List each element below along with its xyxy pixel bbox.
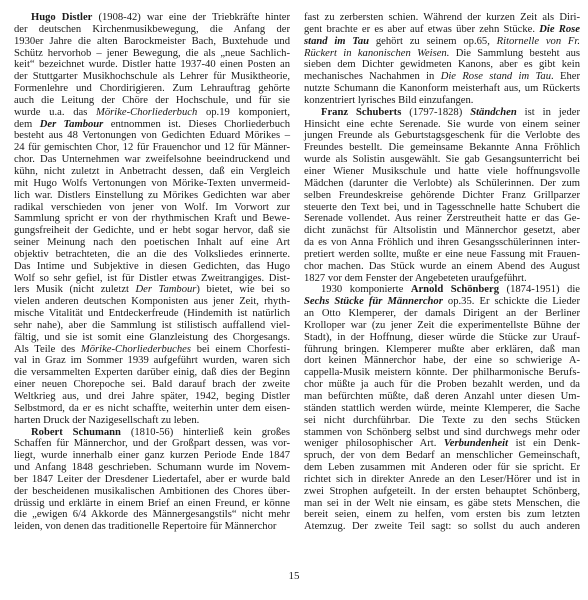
- body-text: bereit seien, einem zu helfen, vom erste…: [304, 509, 580, 520]
- text-line: Mädchen (darunter die Verlobte) als Schü…: [304, 178, 580, 190]
- text-line: Das Intime und Subjektive in diesen Gedi…: [14, 261, 290, 273]
- body-text: (1810-56) hinterließ kein großes: [121, 427, 290, 438]
- body-text: chor müßte ja auch für die Proben bezahl…: [304, 379, 580, 390]
- body-text: Freundes bestellt. Die gemeinsame Bekann…: [304, 142, 580, 153]
- body-text: führung bringen. Klemperer mußte aber er…: [304, 344, 580, 355]
- text-line: Stadt), in der Hoffnung, dieser würde di…: [304, 332, 580, 344]
- body-text: steuerte den Text bei, und in Tagesschne…: [304, 202, 580, 213]
- text-line: Sechs Stücke für Männerchor op.35. Er sc…: [304, 296, 580, 308]
- paragraph-schumann-cont: fast zu zerbersten schien. Während der k…: [304, 12, 580, 107]
- emphasized-text: Der Tambour: [136, 284, 197, 295]
- text-line: fast zu zerbersten schien. Während der k…: [304, 12, 580, 24]
- emphasized-text: Rückert in kanonischen Weisen.: [304, 48, 449, 59]
- body-text: der Stuttgarter Musikhochschule als Lehr…: [14, 71, 290, 82]
- body-text: gent brachte er es aber auf etwas über z…: [304, 24, 539, 35]
- body-text: stammen von Schönberg selbst und sind du…: [304, 427, 580, 438]
- body-text: dem Leben zusammen mit Anderen oder für …: [304, 462, 580, 473]
- body-text: besteht aus 48 Vertonungen von Gedichten…: [14, 130, 290, 141]
- body-text: bei einem Chorfesti-: [191, 344, 290, 355]
- body-text: Schaffen für Männerchor, und der Großpar…: [14, 438, 290, 449]
- body-text: selben Freundeskreise gehörende Dichter …: [304, 190, 580, 201]
- text-line: mechanisches Nachahmen in Die Rose stand…: [304, 71, 580, 83]
- body-text: gungsfreiheit der Gedichte, und er hebt …: [14, 225, 290, 236]
- emphasized-text: Ständchen: [470, 107, 517, 118]
- text-line: richtet sich in direkter Anrede an den L…: [304, 474, 580, 486]
- body-text: pretiert werden sollte, mußte er eine ne…: [304, 249, 580, 260]
- text-line: Serenade vollendet. Aus reiner Zerstreut…: [304, 213, 580, 225]
- body-text: wurde als Solistin ausgewählt. Sie gab G…: [304, 154, 580, 165]
- page-number: 15: [0, 570, 588, 582]
- body-text: Als Teile des: [14, 344, 81, 355]
- text-line: val in Graz im Sommer 1939 aufgeführt wu…: [14, 355, 290, 367]
- text-line: weniger philosophischer Art. Verbundenhe…: [304, 438, 580, 450]
- text-line: führung bringen. Klemperer mußte aber er…: [304, 344, 580, 356]
- text-line: Krolloper war (zu jener Zeit die experim…: [304, 320, 580, 332]
- body-text: lers Musik (nicht zuletzt: [14, 284, 136, 295]
- text-line: stand im Tau gehört zu seinem op.65, Rit…: [304, 36, 580, 48]
- text-line: 1930er Jahre die alten Barockmeister Bac…: [14, 36, 290, 48]
- text-line: der Stuttgarter Musikhochschule als Lehr…: [14, 71, 290, 83]
- text-line: objektiv betrachteten, die an die des Vo…: [14, 249, 290, 261]
- text-line: kühn, nicht zuletzt in Anbetracht dessen…: [14, 166, 290, 178]
- text-line: gent brachte er es aber auf etwas über z…: [304, 24, 580, 36]
- text-line: der bescheidenen musikalischen Ambitione…: [14, 486, 290, 498]
- body-text: op.35. Er schickte die Lieder: [443, 296, 580, 307]
- text-line: seiner Meinung nach den poetischen Inhal…: [14, 237, 290, 249]
- emphasized-text: Ritornelle von Fr.: [497, 36, 580, 47]
- text-line: dort keinen Männerchor habe, der eine so…: [304, 355, 580, 367]
- body-text: leiden, von denen das traditionelle Repe…: [14, 521, 276, 532]
- body-text: die „ewigen 6/4 Akkorde des Männergesang…: [14, 509, 290, 520]
- text-line: mische Vitalität und Entdeckerfreude (Hi…: [14, 308, 290, 320]
- text-line: Hugo Distler (1908-42) war eine der Trie…: [14, 12, 290, 24]
- text-line: gungsfreiheit der Gedichte, und er hebt …: [14, 225, 290, 237]
- text-line: der deutschen Kirchenmusikbewegung, die …: [14, 24, 290, 36]
- text-line: chor machen. Das Stück wurde an einem Ab…: [304, 261, 580, 273]
- emphasized-text: stand im Tau: [304, 36, 369, 47]
- emphasized-text: Franz Schuberts: [321, 107, 401, 118]
- text-line: auch die Leitung der Chöre der Hochschul…: [14, 95, 290, 107]
- text-line: zwei Strophen aufgeteilt. In der ersten …: [304, 486, 580, 498]
- body-text: 24 für gemischten Chor, 12 für Frauencho…: [14, 142, 290, 153]
- text-line: lich war. Distlers Einstellung zu Mörike…: [14, 190, 290, 202]
- body-text: mische Vitalität und Entdeckerfreude (Hi…: [14, 308, 290, 319]
- body-text: val in Graz im Sommer 1939 aufgeführt wu…: [14, 355, 290, 366]
- text-line: pretiert werden sollte, mußte er eine ne…: [304, 249, 580, 261]
- text-line: ständen stattlich werden würde, meinte K…: [304, 403, 580, 415]
- paragraph-schoenberg: 1930 komponierte Arnold Schönberg (1874-…: [304, 284, 580, 533]
- text-line: Robert Schumann (1810-56) hinterließ kei…: [14, 427, 290, 439]
- text-line: spruch, der von dem Bedarf an menschlich…: [304, 450, 580, 462]
- body-text: 1930 komponierte: [321, 284, 411, 295]
- body-text: chor machen. Das Stück wurde an einem Ab…: [304, 261, 580, 272]
- body-text: die versammelten Experten darüber einig,…: [14, 367, 290, 378]
- text-line: besteht aus 48 Vertonungen von Gedichten…: [14, 130, 290, 142]
- text-line: an Otto Klemperer, der damals Dirigent a…: [304, 308, 580, 320]
- body-text: (1797-1828): [401, 107, 470, 118]
- paragraph-distler: Hugo Distler (1908-42) war eine der Trie…: [14, 12, 290, 427]
- body-text: gehört zu seinem op.65,: [369, 36, 497, 47]
- text-line: lers Musik (nicht zuletzt Der Tambour) b…: [14, 284, 290, 296]
- text-line: Selbstmord, da er es nicht schaffte, wei…: [14, 403, 290, 415]
- body-text: einer Wiener Musikschule und hatte viele…: [304, 166, 580, 177]
- body-text: konzentriert lyrisches Bild einzufangen.: [304, 95, 473, 106]
- body-text: nutzte Schumann die Kanonform meisterhaf…: [304, 83, 580, 94]
- body-text: vielen anderen deutschen Komponisten aus…: [14, 296, 290, 307]
- body-text: Das Intime und Subjektive in diesen Gedi…: [14, 261, 290, 272]
- body-text: der deutschen Kirchenmusikbewegung, die …: [14, 24, 290, 35]
- emphasized-text: Hugo Distler: [31, 12, 92, 23]
- body-text: Schütz hervorhob – jener Bewegung, die a…: [14, 48, 290, 59]
- text-line: Schaffen für Männerchor, und der Großpar…: [14, 438, 290, 450]
- text-line: man befürchten müßte, daß deren Anzahl u…: [304, 391, 580, 403]
- text-line: dem Leben zusammen mit Anderen oder für …: [304, 462, 580, 474]
- text-line: bereit seien, einem zu helfen, vom erste…: [304, 509, 580, 521]
- text-line: sehr nahe), aber die Sammlung ist stilis…: [14, 320, 290, 332]
- body-text: Mädchen (darunter die Verlobte) als Schü…: [304, 178, 580, 189]
- text-line: die versammelten Experten darüber einig,…: [14, 367, 290, 379]
- text-line: Formenlehre und Chordirigieren. Zum Lehr…: [14, 83, 290, 95]
- body-text: sieben dem Dichter gewidmeten Kanons, ab…: [304, 59, 580, 70]
- text-line: Franz Schuberts (1797-1828) Ständchen is…: [304, 107, 580, 119]
- text-line: und Anfang 1848 geschrieben. Schumann wu…: [14, 462, 290, 474]
- body-text: Formenlehre und Chordirigieren. Zum Lehr…: [14, 83, 290, 94]
- text-line: vielen anderen deutschen Komponisten aus…: [14, 296, 290, 308]
- body-text: seiner Meinung nach den poetischen Inhal…: [14, 237, 290, 248]
- text-line: Hinsicht eine echte Serenade. Sie wurde …: [304, 119, 580, 131]
- text-line: sieben dem Dichter gewidmeten Kanons, ab…: [304, 59, 580, 71]
- body-text: und Anfang 1848 geschrieben. Schumann wu…: [14, 462, 290, 473]
- text-line: 24 für gemischten Chor, 12 für Frauencho…: [14, 142, 290, 154]
- body-text: man befürchten müßte, daß deren Anzahl u…: [304, 391, 580, 402]
- body-text: ist ein Denk-: [508, 438, 580, 449]
- text-line: Rückert in kanonischen Weisen. Die Samml…: [304, 48, 580, 60]
- body-text: entnommen ist. Dieses Chorliederbuch: [103, 119, 290, 130]
- body-text: Hinsicht eine echte Serenade. Sie wurde …: [304, 119, 580, 130]
- text-line: sei nicht durchführbar. Die Texte zu den…: [304, 415, 580, 427]
- body-text: ) bietet, wie bei so: [196, 284, 290, 295]
- text-line: jungen Freunde als Geburtstagsgeschenk f…: [304, 130, 580, 142]
- body-text: op.19 komponiert,: [197, 107, 290, 118]
- text-line: chor. Das Unternehmen war zweifelsohne b…: [14, 154, 290, 166]
- body-text: keit“ bezeichnet wurde. Distler hatte 19…: [14, 59, 290, 70]
- body-text: jungen Freunde als Geburtstagsgeschenk f…: [304, 130, 580, 141]
- text-line: mit Hugo Wolfs Vertonungen von Mörike-Te…: [14, 178, 290, 190]
- text-line: Wolf so sehr gefiel, ist für Distler etw…: [14, 273, 290, 285]
- body-text: richtet sich in direkter Anrede an den L…: [304, 474, 580, 485]
- text-line: liegt, wurde innerhalb einer ganz kurzen…: [14, 450, 290, 462]
- text-line: harten Druck der Nazigesellschaft zu leb…: [14, 415, 290, 427]
- text-line: Atemzug. Der zweite Teil sagt: so sollst…: [304, 521, 580, 533]
- body-text: Stadt), in der Hoffnung, dieser würde di…: [304, 332, 580, 343]
- body-text: einer neuen Chorepoche sei. Bald darauf …: [14, 379, 290, 390]
- text-line: konzentriert lyrisches Bild einzufangen.: [304, 95, 580, 107]
- body-text: lich war. Distlers Einstellung zu Mörike…: [14, 190, 290, 201]
- text-line: stammen von Schönberg selbst und sind du…: [304, 427, 580, 439]
- body-text: fast zu zerbersten schien. Während der k…: [304, 12, 580, 23]
- body-text: (1874-1951) die: [499, 284, 580, 295]
- emphasized-text: Die Rose stand im Tau: [441, 71, 551, 82]
- body-text: cappella-Musik meistern könnte. Der phil…: [304, 367, 580, 378]
- body-text: fältig, und sie ist somit eine Glanzleis…: [14, 332, 290, 343]
- text-line: steuerte den Text bei, und in Tagesschne…: [304, 202, 580, 214]
- text-line: da es von Anna Fröhlich und ihren Gesang…: [304, 237, 580, 249]
- text-line: einer Wiener Musikschule und hatte viele…: [304, 166, 580, 178]
- body-text: zwei Strophen aufgeteilt. In der ersten …: [304, 486, 580, 497]
- body-text: (1908-42) war eine der Triebkräfte hinte…: [92, 12, 290, 23]
- body-text: spruch, der von dem Bedarf an menschlich…: [304, 450, 580, 461]
- text-line: leiden, von denen das traditionelle Repe…: [14, 521, 290, 533]
- paragraph-schumann: Robert Schumann (1810-56) hinterließ kei…: [14, 427, 290, 534]
- body-text: Atemzug. Der zweite Teil sagt: so sollst…: [304, 521, 580, 532]
- text-line: 1827 vor dem Fenster der Angebeteten ura…: [304, 273, 580, 285]
- text-line: nutzte Schumann die Kanonform meisterhaf…: [304, 83, 580, 95]
- body-text: auch die Leitung der Chöre der Hochschul…: [14, 95, 290, 106]
- text-line: die „ewigen 6/4 Akkorde des Männergesang…: [14, 509, 290, 521]
- emphasized-text: Mörike-Chorliederbuches: [81, 344, 191, 355]
- body-text: 1930er Jahre die alten Barockmeister Bac…: [14, 36, 290, 47]
- text-line: chor müßte ja auch für die Proben bezahl…: [304, 379, 580, 391]
- body-text: sehr nahe), aber die Sammlung ist stilis…: [14, 320, 290, 331]
- body-text: mit Hugo Wolfs Vertonungen von Mörike-Te…: [14, 178, 290, 189]
- text-line: cappella-Musik meistern könnte. Der phil…: [304, 367, 580, 379]
- body-text: Weltkrieg aus, und drei Jahre später, 19…: [14, 391, 290, 402]
- body-text: mechanisches Nachahmen in: [304, 71, 441, 82]
- body-text: Serenade vollendet. Aus reiner Zerstreut…: [304, 213, 580, 224]
- body-text: da es von Anna Fröhlich und ihren Gesang…: [304, 237, 580, 248]
- body-text: . Eher: [551, 71, 580, 82]
- paragraph-schubert: Franz Schuberts (1797-1828) Ständchen is…: [304, 107, 580, 285]
- emphasized-text: Der Tambour: [40, 119, 104, 130]
- body-text: dicht zunächst für Altsolistin und Männe…: [304, 225, 580, 236]
- text-line: drüssig und erklärte in einem Brief an e…: [14, 498, 290, 510]
- body-text: man sei in der Welt nie einsam, es gäbe …: [304, 498, 580, 509]
- text-line: Als Teile des Mörike-Chorliederbuches be…: [14, 344, 290, 356]
- body-text: an Otto Klemperer, der damals Dirigent a…: [304, 308, 580, 319]
- body-text: der bescheidenen musikalischen Ambitione…: [14, 486, 290, 497]
- body-text: Die Sammlung besteht aus: [449, 48, 580, 59]
- body-text: dort keinen Männerchor habe, der eine so…: [304, 355, 580, 366]
- text-line: einer neuen Chorepoche sei. Bald darauf …: [14, 379, 290, 391]
- text-line: Weltkrieg aus, und drei Jahre später, 19…: [14, 391, 290, 403]
- text-line: 1930 komponierte Arnold Schönberg (1874-…: [304, 284, 580, 296]
- text-line: fältig, und sie ist somit eine Glanzleis…: [14, 332, 290, 344]
- body-text: ist in jeder: [517, 107, 580, 118]
- text-line: Schütz hervorhob – jener Bewegung, die a…: [14, 48, 290, 60]
- emphasized-text: Robert Schumann: [31, 427, 121, 438]
- text-line: wurde als Solistin ausgewählt. Sie gab G…: [304, 154, 580, 166]
- body-text: kühn, nicht zuletzt in Anbetracht dessen…: [14, 166, 290, 177]
- text-line: wurde u.a. das Mörike-Chorliederbuch op.…: [14, 107, 290, 119]
- body-text: dem: [14, 119, 40, 130]
- emphasized-text: Verbundenheit: [444, 438, 508, 449]
- body-text: liegt, wurde innerhalb einer ganz kurzen…: [14, 450, 290, 461]
- body-text: radikal verschieden von jener von Wolf. …: [14, 202, 290, 213]
- text-line: ber 1847 Leiter der Dresdener Liedertafe…: [14, 474, 290, 486]
- left-text-column: Hugo Distler (1908-42) war eine der Trie…: [14, 12, 290, 533]
- emphasized-text: Arnold Schönberg: [411, 284, 499, 295]
- body-text: Krolloper war (zu jener Zeit die experim…: [304, 320, 580, 331]
- text-line: radikal verschieden von jener von Wolf. …: [14, 202, 290, 214]
- text-line: dem Der Tambour entnommen ist. Dieses Ch…: [14, 119, 290, 131]
- body-text: Wolf so sehr gefiel, ist für Distler etw…: [14, 273, 290, 284]
- body-text: objektiv betrachteten, die an die des Vo…: [14, 249, 290, 260]
- body-text: weniger philosophischer Art.: [304, 438, 444, 449]
- emphasized-text: Sechs Stücke für Männerchor: [304, 296, 443, 307]
- body-text: 1827 vor dem Fenster der Angebeteten ura…: [304, 273, 527, 284]
- body-text: chor. Das Unternehmen war zweifelsohne b…: [14, 154, 290, 165]
- body-text: ständen stattlich werden würde, meinte K…: [304, 403, 580, 414]
- body-text: drüssig und erklärte in einem Brief an e…: [14, 498, 290, 509]
- body-text: Sammlung spricht er von der rhythmischen…: [14, 213, 290, 224]
- body-text: wurde u.a. das: [14, 107, 96, 118]
- text-line: Sammlung spricht er von der rhythmischen…: [14, 213, 290, 225]
- text-line: selben Freundeskreise gehörende Dichter …: [304, 190, 580, 202]
- body-text: sei nicht durchführbar. Die Texte zu den…: [304, 415, 580, 426]
- text-line: dicht zunächst für Altsolistin und Männe…: [304, 225, 580, 237]
- body-text: Selbstmord, da er es nicht schaffte, wei…: [14, 403, 290, 414]
- text-line: man sei in der Welt nie einsam, es gäbe …: [304, 498, 580, 510]
- text-line: Freundes bestellt. Die gemeinsame Bekann…: [304, 142, 580, 154]
- emphasized-text: Die Rose: [539, 24, 580, 35]
- body-text: harten Druck der Nazigesellschaft zu leb…: [14, 415, 199, 426]
- right-text-column: fast zu zerbersten schien. Während der k…: [304, 12, 580, 533]
- body-text: ber 1847 Leiter der Dresdener Liedertafe…: [14, 474, 290, 485]
- emphasized-text: Mörike-Chorliederbuch: [96, 107, 197, 118]
- text-line: keit“ bezeichnet wurde. Distler hatte 19…: [14, 59, 290, 71]
